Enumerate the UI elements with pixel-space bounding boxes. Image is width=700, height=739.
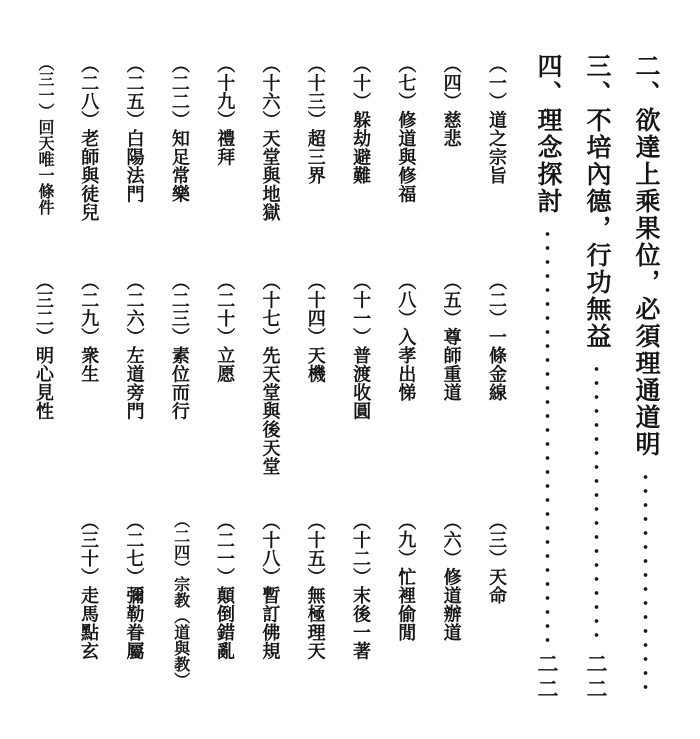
- toc-item-label: （六）修道辦道: [437, 512, 467, 642]
- toc-item-label: （二六）左道旁門: [120, 272, 150, 420]
- toc-item-06: （六）修道辦道: [437, 512, 467, 739]
- toc-item-07: （七）修道與修福: [391, 55, 421, 270]
- toc-item-label: （二）一條金線: [482, 272, 512, 402]
- toc-item-label: （二二）知足常樂: [165, 55, 195, 203]
- toc-item-label: （二一）顛倒錯亂: [210, 512, 240, 660]
- chapter-page-number: 二二: [532, 653, 562, 703]
- chapter-title: 二、欲達上乘果位，必須理通道明: [628, 53, 662, 458]
- toc-item-label: （四）慈悲: [437, 55, 467, 148]
- toc-item-label: （二十）立愿: [210, 272, 240, 383]
- section-row-2: （二）一條金線 （五）尊師重道 （八）入孝出悌 （十一）普渡收圓 （十四）天機 …: [29, 272, 512, 510]
- toc-item-03: （三）天命: [482, 512, 512, 739]
- chapter-entry-3: 三、不培內德，行功無益 二二: [579, 53, 613, 703]
- toc-item-11: （十一）普渡收圓: [346, 272, 376, 510]
- dot-leader: [643, 470, 648, 695]
- dot-leader: [594, 362, 599, 645]
- toc-item-27: （二七）彌勒眷屬: [119, 512, 149, 739]
- toc-item-label: （十五）無極理天: [301, 512, 331, 660]
- toc-page: 二、欲達上乘果位，必須理通道明 三、不培內德，行功無益 二二 四、理念探討 二二…: [0, 0, 700, 739]
- toc-item-31: （三一）回天唯一條件: [29, 55, 59, 270]
- toc-item-label: （十六）天堂與地獄: [255, 55, 285, 222]
- chapter-list: 二、欲達上乘果位，必須理通道明 三、不培內德，行功無益 二二 四、理念探討 二二: [530, 53, 662, 703]
- toc-item-17: （十七）先天堂與後天堂: [255, 272, 285, 510]
- toc-item-30: （三十）走馬點玄: [74, 512, 104, 739]
- section-row-1: （一）道之宗旨 （四）慈悲 （七）修道與修福 （十）躲劫避難 （十三）超三界 （…: [29, 55, 512, 270]
- toc-item-label: （二四）宗教（道與教）: [166, 512, 194, 688]
- toc-item-label: （九）忙裡偷閒: [391, 512, 421, 642]
- toc-item-label: （十一）普渡收圓: [346, 272, 376, 420]
- toc-item-25: （二五）白陽法門: [120, 55, 150, 270]
- toc-item-label: （五）尊師重道: [437, 272, 467, 402]
- toc-item-13: （十三）超三界: [301, 55, 331, 270]
- toc-item-01: （一）道之宗旨: [482, 55, 512, 270]
- section-row-3: （三）天命 （六）修道辦道 （九）忙裡偷閒 （十二）末後一著 （十五）無極理天 …: [74, 512, 512, 739]
- toc-item-12: （十二）末後一著: [346, 512, 376, 739]
- dot-leader: [545, 227, 550, 645]
- toc-item-label: （三一）回天唯一條件: [30, 55, 58, 215]
- toc-item-label: （二八）老師與徒兒: [74, 55, 104, 222]
- chapter-entry-2: 二、欲達上乘果位，必須理通道明: [628, 53, 662, 703]
- toc-item-label: （一）道之宗旨: [482, 55, 512, 185]
- toc-item-19: （十九）禮拜: [210, 55, 240, 270]
- toc-item-05: （五）尊師重道: [437, 272, 467, 510]
- toc-item-label: （三二）明心見性: [29, 272, 59, 420]
- toc-item-14: （十四）天機: [301, 272, 331, 510]
- toc-item-08: （八）入孝出悌: [391, 272, 421, 510]
- toc-item-32: （三二）明心見性: [29, 272, 59, 510]
- toc-item-label: （十二）末後一著: [346, 512, 376, 660]
- chapter-title: 四、理念探討: [530, 53, 564, 215]
- toc-item-24: （二四）宗教（道與教）: [165, 512, 195, 739]
- toc-item-label: （二三）素位而行: [165, 272, 195, 420]
- toc-item-label: （七）修道與修福: [391, 55, 421, 203]
- toc-item-10: （十）躲劫避難: [346, 55, 376, 270]
- toc-item-label: （三十）走馬點玄: [74, 512, 104, 660]
- chapter-title: 三、不培內德，行功無益: [579, 53, 613, 350]
- toc-item-18: （十八）暫訂佛規: [255, 512, 285, 739]
- toc-item-20: （二十）立愿: [210, 272, 240, 510]
- toc-item-label: （十九）禮拜: [210, 55, 240, 166]
- toc-item-label: （十七）先天堂與後天堂: [255, 272, 285, 476]
- toc-item-label: （十三）超三界: [301, 55, 331, 185]
- toc-item-15: （十五）無極理天: [301, 512, 331, 739]
- toc-item-label: （十四）天機: [301, 272, 331, 383]
- toc-item-label: （二七）彌勒眷屬: [119, 512, 149, 660]
- toc-item-04: （四）慈悲: [437, 55, 467, 270]
- toc-item-02: （二）一條金線: [482, 272, 512, 510]
- chapter-page-number: 二二: [581, 653, 611, 703]
- toc-item-label: （二五）白陽法門: [120, 55, 150, 203]
- toc-item-22: （二二）知足常樂: [165, 55, 195, 270]
- toc-item-label: （二九）衆生: [74, 272, 104, 383]
- toc-item-label: （三）天命: [482, 512, 512, 605]
- toc-item-23: （二三）素位而行: [165, 272, 195, 510]
- toc-item-21: （二一）顛倒錯亂: [210, 512, 240, 739]
- chapter-entry-4: 四、理念探討 二二: [530, 53, 564, 703]
- toc-item-28: （二八）老師與徒兒: [74, 55, 104, 270]
- toc-item-label: （十八）暫訂佛規: [255, 512, 285, 660]
- toc-item-label: （十）躲劫避難: [346, 55, 376, 185]
- toc-item-16: （十六）天堂與地獄: [255, 55, 285, 270]
- toc-item-29: （二九）衆生: [74, 272, 104, 510]
- toc-item-26: （二六）左道旁門: [120, 272, 150, 510]
- toc-item-09: （九）忙裡偷閒: [391, 512, 421, 739]
- toc-item-label: （八）入孝出悌: [391, 272, 421, 402]
